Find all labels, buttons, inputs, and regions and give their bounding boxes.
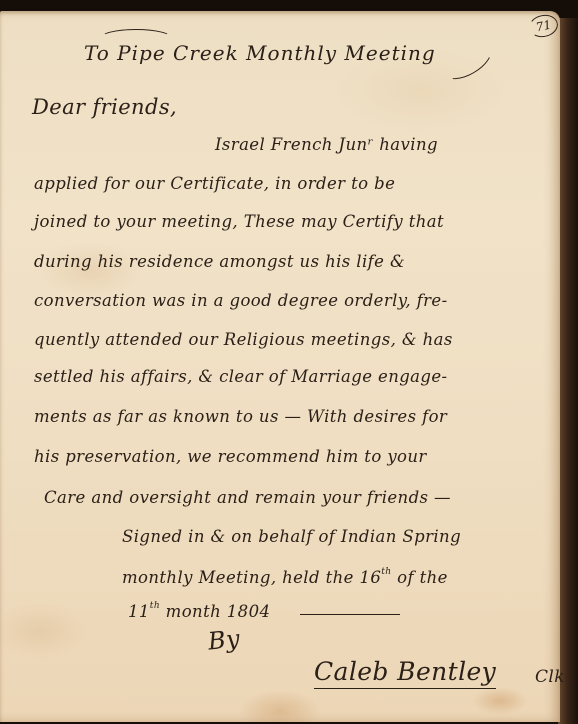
- body-line-2: applied for our Certificate, in order to…: [34, 174, 395, 193]
- by-label: By: [207, 624, 242, 655]
- closing-line-2: monthly Meeting, held the 16th of the: [122, 567, 448, 587]
- day-suffix: th: [381, 567, 391, 577]
- signature-name: Caleb Bentley: [314, 657, 496, 689]
- manuscript-page: 71 To Pipe Creek Monthly Meeting Dear fr…: [0, 11, 560, 722]
- body-line-5: conversation was in a good degree orderl…: [34, 291, 448, 310]
- closing-line-2-text: monthly Meeting, held the 16: [122, 568, 381, 587]
- body-line-9: his preservation, we recommend him to yo…: [34, 447, 427, 466]
- book-spine-edge: [558, 18, 578, 724]
- month-suffix: th: [150, 601, 160, 611]
- closing-line-3-text: month 1804: [166, 602, 271, 621]
- page-number-badge: 71: [527, 12, 560, 40]
- letter-heading: To Pipe Creek Monthly Meeting: [84, 41, 436, 65]
- signature-title: Clk: [535, 667, 565, 687]
- body-line-7: settled his affairs, & clear of Marriage…: [34, 367, 448, 386]
- body-line-10: Care and oversight and remain your frien…: [44, 488, 451, 507]
- closing-line-3: 11th month 1804: [128, 601, 270, 621]
- closing-line-1: Signed in & on behalf of Indian Spring: [122, 527, 461, 546]
- date-underline-rule: [300, 614, 400, 615]
- heading-tail-flourish: [437, 35, 498, 86]
- month-number: 11: [128, 602, 150, 621]
- body-line-3: joined to your meeting, These may Certif…: [34, 212, 444, 231]
- body-line-8: ments as far as known to us — With desir…: [34, 407, 447, 426]
- body-line-4: during his residence amongst us his life…: [34, 252, 405, 271]
- body-line-6: quently attended our Religious meetings,…: [34, 330, 453, 349]
- closing-line-2-tail: of the: [391, 568, 447, 587]
- salutation: Dear friends,: [32, 95, 177, 119]
- body-line-1: Israel French Junʳ having: [215, 135, 438, 154]
